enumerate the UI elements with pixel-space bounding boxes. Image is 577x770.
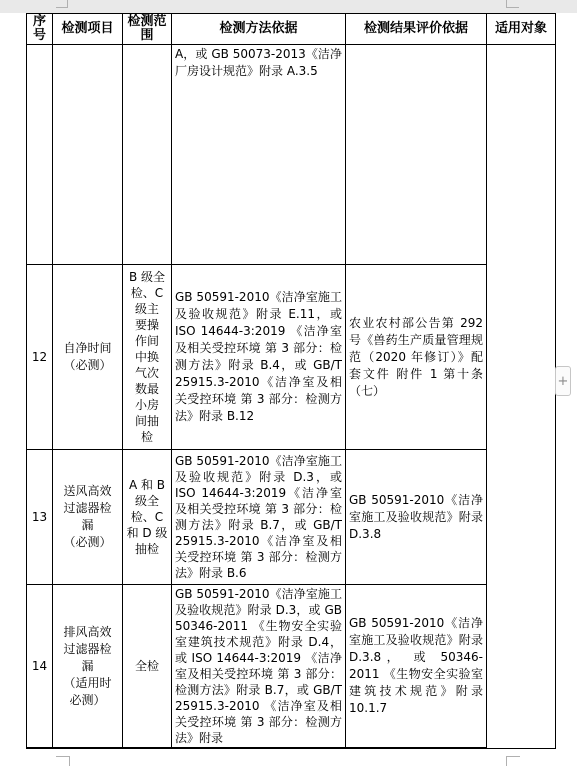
cell-evaluation-14: GB 50591-2010《洁净室施工及验收规范》附录 D.3.8， 或 503… [346, 585, 487, 749]
header-range: 检测范围 [123, 14, 172, 45]
header-no: 序号 [27, 14, 53, 45]
cell-target-merged [487, 45, 556, 749]
cell-item-continued [53, 45, 123, 265]
page-gap-strip [0, 0, 577, 13]
text-boundary-mark-bottom-right-v [506, 756, 507, 766]
cell-item-12: 自净时间 （必测） [53, 265, 123, 450]
text-boundary-mark-bottom-left-h [56, 756, 70, 757]
text-boundary-mark-bottom-right-h [506, 756, 520, 757]
cell-no-13: 13 [27, 450, 53, 585]
cell-item-13: 送风高效 过滤器检 漏 （必测） [53, 450, 123, 585]
table-row: 14 排风高效 过滤器检 漏 （适用时 必测） 全检 GB 50591-2010… [27, 585, 556, 749]
header-evaluation: 检测结果评价依据 [346, 14, 487, 45]
cell-no-continued [27, 45, 53, 265]
cell-method-14: GB 50591-2010《洁净室施工及验收规范》附录 D.3，或 GB 503… [172, 585, 346, 749]
text-boundary-mark-top-left-h [56, 7, 68, 8]
cell-method-continued: A，或 GB 50073-2013《洁净厂房设计规范》附录 A.3.5 [172, 45, 346, 265]
header-item: 检测项目 [53, 14, 123, 45]
header-target: 适用对象 [487, 14, 556, 45]
document-page: 序号 检测项目 检测范围 检测方法依据 检测结果评价依据 适用对象 A，或 GB… [0, 0, 577, 770]
cell-evaluation-continued [346, 45, 487, 265]
cell-range-13: A 和 B 级全 检、C 和 D 级 抽检 [123, 450, 172, 585]
cell-method-12: GB 50591-2010《洁净室施工及验收规范》附录 E.11，或 ISO 1… [172, 265, 346, 450]
plus-icon: + [558, 374, 569, 389]
cell-range-12: B 级全 检、C 级主 要操 作间 中换 气次 数最 小房 间抽 检 [123, 265, 172, 450]
cell-evaluation-12: 农业农村部公告第 292 号《兽药生产质量管理规范（2020 年修订）》配套文件… [346, 265, 487, 450]
table-row: 13 送风高效 过滤器检 漏 （必测） A 和 B 级全 检、C 和 D 级 抽… [27, 450, 556, 585]
insert-plus-button[interactable]: + [555, 366, 571, 396]
cell-no-14: 14 [27, 585, 53, 749]
text-boundary-mark-bottom-left-v [69, 756, 70, 766]
cell-range-14: 全检 [123, 585, 172, 749]
table-row: 12 自净时间 （必测） B 级全 检、C 级主 要操 作间 中换 气次 数最 … [27, 265, 556, 450]
table-header-row: 序号 检测项目 检测范围 检测方法依据 检测结果评价依据 适用对象 [27, 14, 556, 45]
header-method: 检测方法依据 [172, 14, 346, 45]
cell-method-13: GB 50591-2010《洁净室施工及验收规范》附录 D.3，或 ISO 14… [172, 450, 346, 585]
cell-range-continued [123, 45, 172, 265]
text-boundary-mark-top-right-h [506, 7, 519, 8]
cell-evaluation-13: GB 50591-2010《洁净室施工及验收规范》附录 D.3.8 [346, 450, 487, 585]
inspection-table: 序号 检测项目 检测范围 检测方法依据 检测结果评价依据 适用对象 A，或 GB… [26, 13, 556, 749]
cell-no-12: 12 [27, 265, 53, 450]
table-row: A，或 GB 50073-2013《洁净厂房设计规范》附录 A.3.5 [27, 45, 556, 265]
cell-item-14: 排风高效 过滤器检 漏 （适用时 必测） [53, 585, 123, 749]
